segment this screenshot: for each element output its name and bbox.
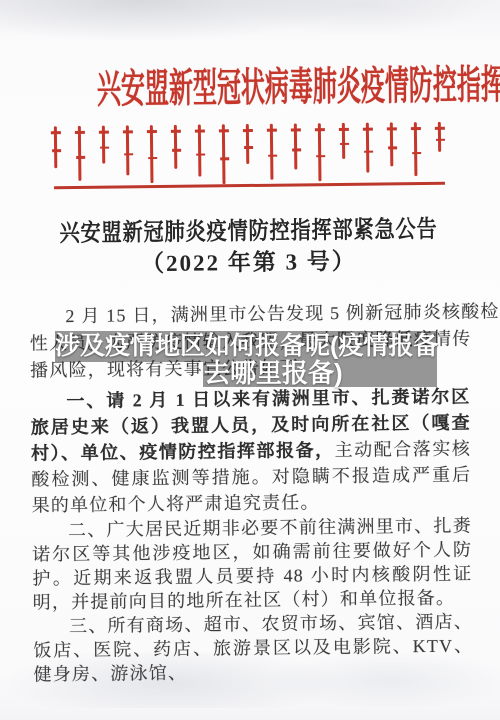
paragraph-one: 一、请 2 月 1 日以来有满洲里市、扎赉诺尔区旅居史来（返）我盟人员，及时向所… xyxy=(30,384,471,519)
mongolian-script-row-icon xyxy=(54,122,442,186)
notice-body: 2 月 15 日，满洲里市公告发现 5 例新冠肺炎核酸检测阳 性人员。为严防疫情… xyxy=(26,0,466,3)
header-org-name: 兴安盟新型冠状病毒肺炎疫情防控指挥部 xyxy=(97,60,398,115)
notice-title-block: 兴安盟新冠肺炎疫情防控指挥部紧急公告 （2022 年第 3 号） xyxy=(0,213,499,281)
caption-overlay: 涉及疫情地区如何报备呢(疫情报备 去哪里报备) xyxy=(0,331,500,387)
caption-line-2: 去哪里报备) xyxy=(203,362,437,385)
caption-band-2: 去哪里报备) xyxy=(203,362,437,387)
paragraph-two: 二、广大居民近期非必要不前往满洲里市、扎赉诺尔区等其他涉疫地区，如确需前往要做好… xyxy=(32,513,473,614)
paragraph-three: 三、所有商场、超市、农贸市场、宾馆、酒店、饭店、医院、药店、旅游景区以及电影院、… xyxy=(33,609,474,686)
notice-issue-number: （2022 年第 3 号） xyxy=(0,245,499,281)
notice-title: 兴安盟新冠肺炎疫情防控指挥部紧急公告 xyxy=(38,214,458,251)
document-photo: 兴安盟新型冠状病毒肺炎疫情防控指挥部 兴安盟新冠肺炎疫情防控指挥部紧急公告 （2… xyxy=(0,0,500,720)
